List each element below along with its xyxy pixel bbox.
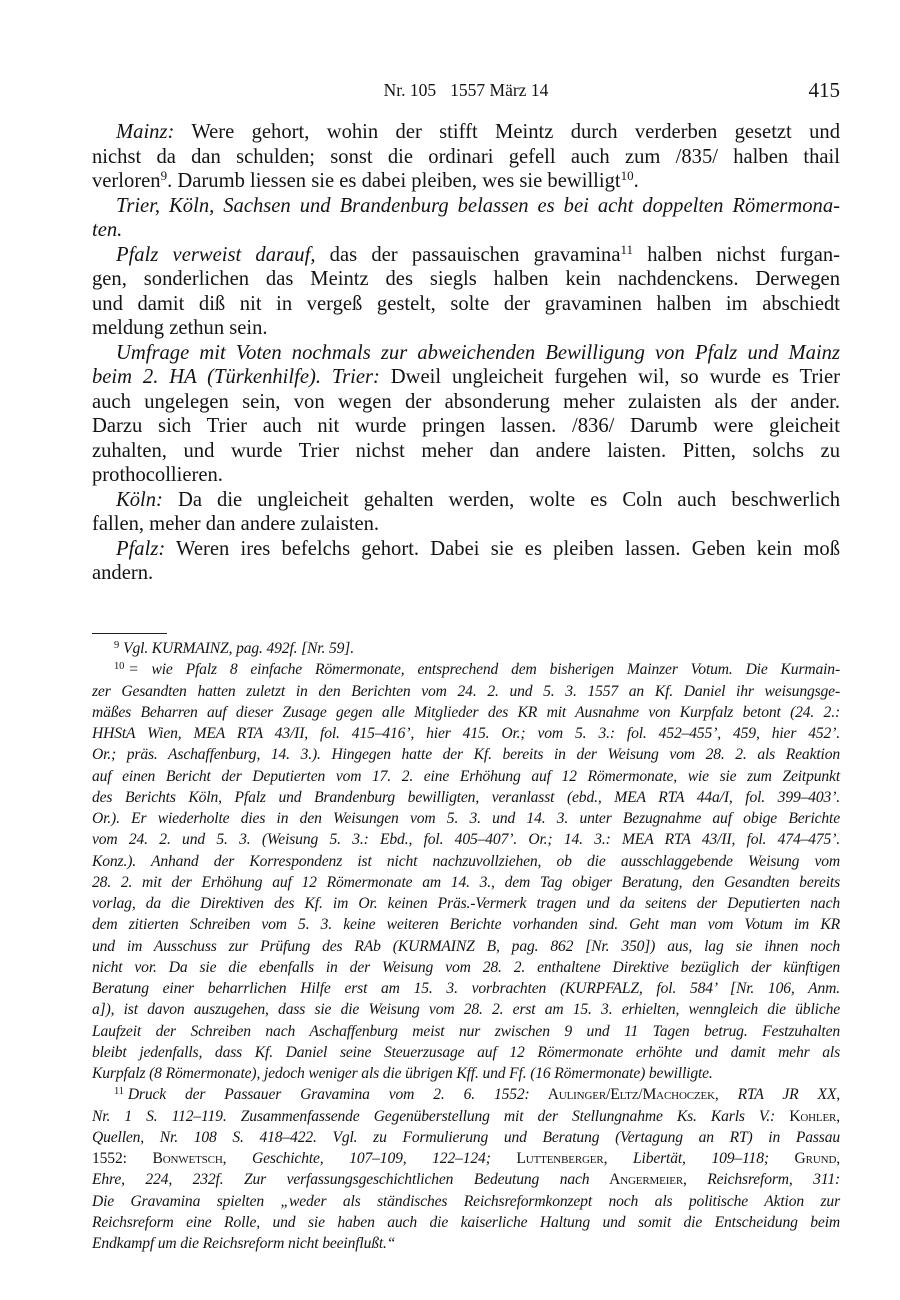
speaker-label: Pfalz verweist darauf,	[116, 244, 315, 266]
footnote-line: 28. 2. mit der Erhöhung auf 12 Römermona…	[92, 872, 840, 893]
main-text: Mainz: Were gehort, wohin der stifft Mei…	[92, 120, 840, 586]
footnote-number: 10	[114, 661, 124, 672]
footnote-line: nicht vor. Da sie die ebenfalls in der W…	[92, 957, 840, 978]
footnote-line: Or.; präs. Aschaffenburg, 14. 3.). Hinge…	[92, 744, 840, 765]
footnote-line: vorlag, da die Direktiven des Kf. im Or.…	[92, 893, 840, 914]
author-name: Luttenberger,	[491, 1150, 608, 1167]
text-line: Mainz: Were gehort, wohin der stifft Mei…	[92, 120, 840, 145]
footnote-separator	[92, 633, 167, 634]
author-name: Angermeier,	[589, 1171, 686, 1188]
text-line: andern.	[92, 561, 840, 586]
footnote-line: mäßes Beharren auf dieser Zusage gegen a…	[92, 702, 840, 723]
document-date: 1557 März 14	[450, 80, 548, 100]
text-line: verloren9. Darumb liessen sie es dabei p…	[92, 169, 840, 194]
footnote-10: 10= wie Pfalz 8 einfache Römermonate, en…	[92, 659, 840, 1084]
text-line: gen, sonderlichen das Meintz des siegls …	[92, 267, 840, 292]
footnote-line: Endkampf um die Reichsreform nicht beein…	[92, 1233, 840, 1254]
text-line: beim 2. HA (Türkenhilfe). Trier: Dweil u…	[92, 365, 840, 390]
author-name: Bonwetsch,	[127, 1150, 227, 1167]
footnote-line: Ehre, 224, 232f. Zur verfassungsgeschich…	[92, 1169, 840, 1190]
running-head: Nr. 1051557 März 14 415	[92, 78, 840, 106]
text-line: ten.	[92, 218, 840, 243]
footnotes: 9Vgl. KURMAINZ, pag. 492f. [Nr. 59]. 10=…	[92, 638, 840, 1254]
footnote-line: dem zitierten Schreiben vom 5. 3. keine …	[92, 914, 840, 935]
footnote-line: 9Vgl. KURMAINZ, pag. 492f. [Nr. 59].	[92, 638, 840, 659]
text-line: meldung zethun sein.	[92, 316, 840, 341]
footnote-line: auf einen Bericht der Deputierten vom 17…	[92, 766, 840, 787]
text-line: fallen, meher dan andere zulaisten.	[92, 512, 840, 537]
speaker-label: Pfalz:	[116, 538, 165, 560]
footnote-line: Beratung einer beharrlichen Hilfe erst a…	[92, 978, 840, 999]
footnote-9: 9Vgl. KURMAINZ, pag. 492f. [Nr. 59].	[92, 638, 840, 659]
author-name: Aulinger/Eltz/Machoczek,	[530, 1086, 719, 1103]
text-line: Pfalz verweist darauf, das der passauisc…	[92, 243, 840, 268]
footnote-line: Or.). Er wiederholte dies in den Weisung…	[92, 808, 840, 829]
page-number: 415	[809, 78, 841, 103]
footnote-line: und im Ausschuss zur Prüfung des RAb (KU…	[92, 936, 840, 957]
footnote-line: 11Druck der Passauer Gravamina vom 2. 6.…	[92, 1084, 840, 1105]
footnote-11: 11Druck der Passauer Gravamina vom 2. 6.…	[92, 1084, 840, 1254]
footnote-line: Die Gravamina spielten „weder als ständi…	[92, 1191, 840, 1212]
speaker-label: Köln:	[116, 489, 163, 511]
text-line: und damit diß nit in vergeß gestelt, sol…	[92, 292, 840, 317]
footnote-line: bleibt jedenfalls, dass Kf. Daniel seine…	[92, 1042, 840, 1063]
text-line: auch ungelegen sein, von wegen der abson…	[92, 390, 840, 415]
footnote-number: 9	[114, 640, 119, 651]
document-number: Nr. 105	[384, 80, 437, 100]
paragraph-editorial-summary: Trier, Köln, Sachsen und Brandenburg bel…	[92, 194, 840, 243]
footnote-line: 1552: Bonwetsch, Geschichte, 107–109, 12…	[92, 1148, 840, 1169]
footnote-line: Kurpfalz (8 Römermonate), jedoch weniger…	[92, 1063, 840, 1084]
text-line: Pfalz: Weren ires befelchs gehort. Dabei…	[92, 537, 840, 562]
paragraph-pfalz: Pfalz: Weren ires befelchs gehort. Dabei…	[92, 537, 840, 586]
author-name: Grund,	[769, 1150, 840, 1167]
paragraph-pfalz-gravamina: Pfalz verweist darauf, das der passauisc…	[92, 243, 840, 341]
text-line: Umfrage mit Voten nochmals zur abweichen…	[92, 341, 840, 366]
running-head-title: Nr. 1051557 März 14	[92, 80, 840, 101]
footnote-line: Quellen, Nr. 108 S. 418–422. Vgl. zu For…	[92, 1127, 840, 1148]
text-line: Trier, Köln, Sachsen und Brandenburg bel…	[92, 194, 840, 219]
footnote-line: Konz.). Anhand der Korrespondenz ist nic…	[92, 851, 840, 872]
text-line: prothocollieren.	[92, 463, 840, 488]
footnote-line: vom 24. 2. und 5. 3. (Weisung 5. 3.: Ebd…	[92, 829, 840, 850]
text-line: zuhalten, und wurde Trier nichst meher d…	[92, 439, 840, 464]
author-name: Kohler,	[775, 1108, 840, 1125]
footnote-line: Reichsreform eine Rolle, und sie haben a…	[92, 1212, 840, 1233]
footnote-line: HHStA Wien, MEA RTA 43/II, fol. 415–416’…	[92, 723, 840, 744]
footnote-line: Laufzeit der Schreiben nach Aschaffenbur…	[92, 1021, 840, 1042]
paragraph-koeln: Köln: Da die ungleicheit gehalten werden…	[92, 488, 840, 537]
footnote-ref-10[interactable]: 10	[621, 168, 634, 183]
footnote-number: 11	[114, 1086, 124, 1097]
text-line: nichst da dan schulden; sonst die ordina…	[92, 145, 840, 170]
text-line: Darzu sich Trier auch nit wurde pringen …	[92, 414, 840, 439]
text-line: Köln: Da die ungleicheit gehalten werden…	[92, 488, 840, 513]
speaker-label: beim 2. HA (Türkenhilfe). Trier:	[92, 366, 380, 388]
footnote-line: Nr. 1 S. 112–119. Zusammenfassende Gegen…	[92, 1106, 840, 1127]
footnote-line: zer Gesandten hatten zuletzt in den Beri…	[92, 681, 840, 702]
footnote-line: 10= wie Pfalz 8 einfache Römermonate, en…	[92, 659, 840, 680]
speaker-label: Mainz:	[116, 121, 174, 143]
paragraph-umfrage-trier: Umfrage mit Voten nochmals zur abweichen…	[92, 341, 840, 488]
footnote-line: a]), ist davon auszugehen, dass sie die …	[92, 999, 840, 1020]
footnote-line: des Berichts Köln, Pfalz und Brandenburg…	[92, 787, 840, 808]
paragraph-mainz: Mainz: Were gehort, wohin der stifft Mei…	[92, 120, 840, 194]
footnote-ref-11[interactable]: 11	[621, 242, 634, 257]
